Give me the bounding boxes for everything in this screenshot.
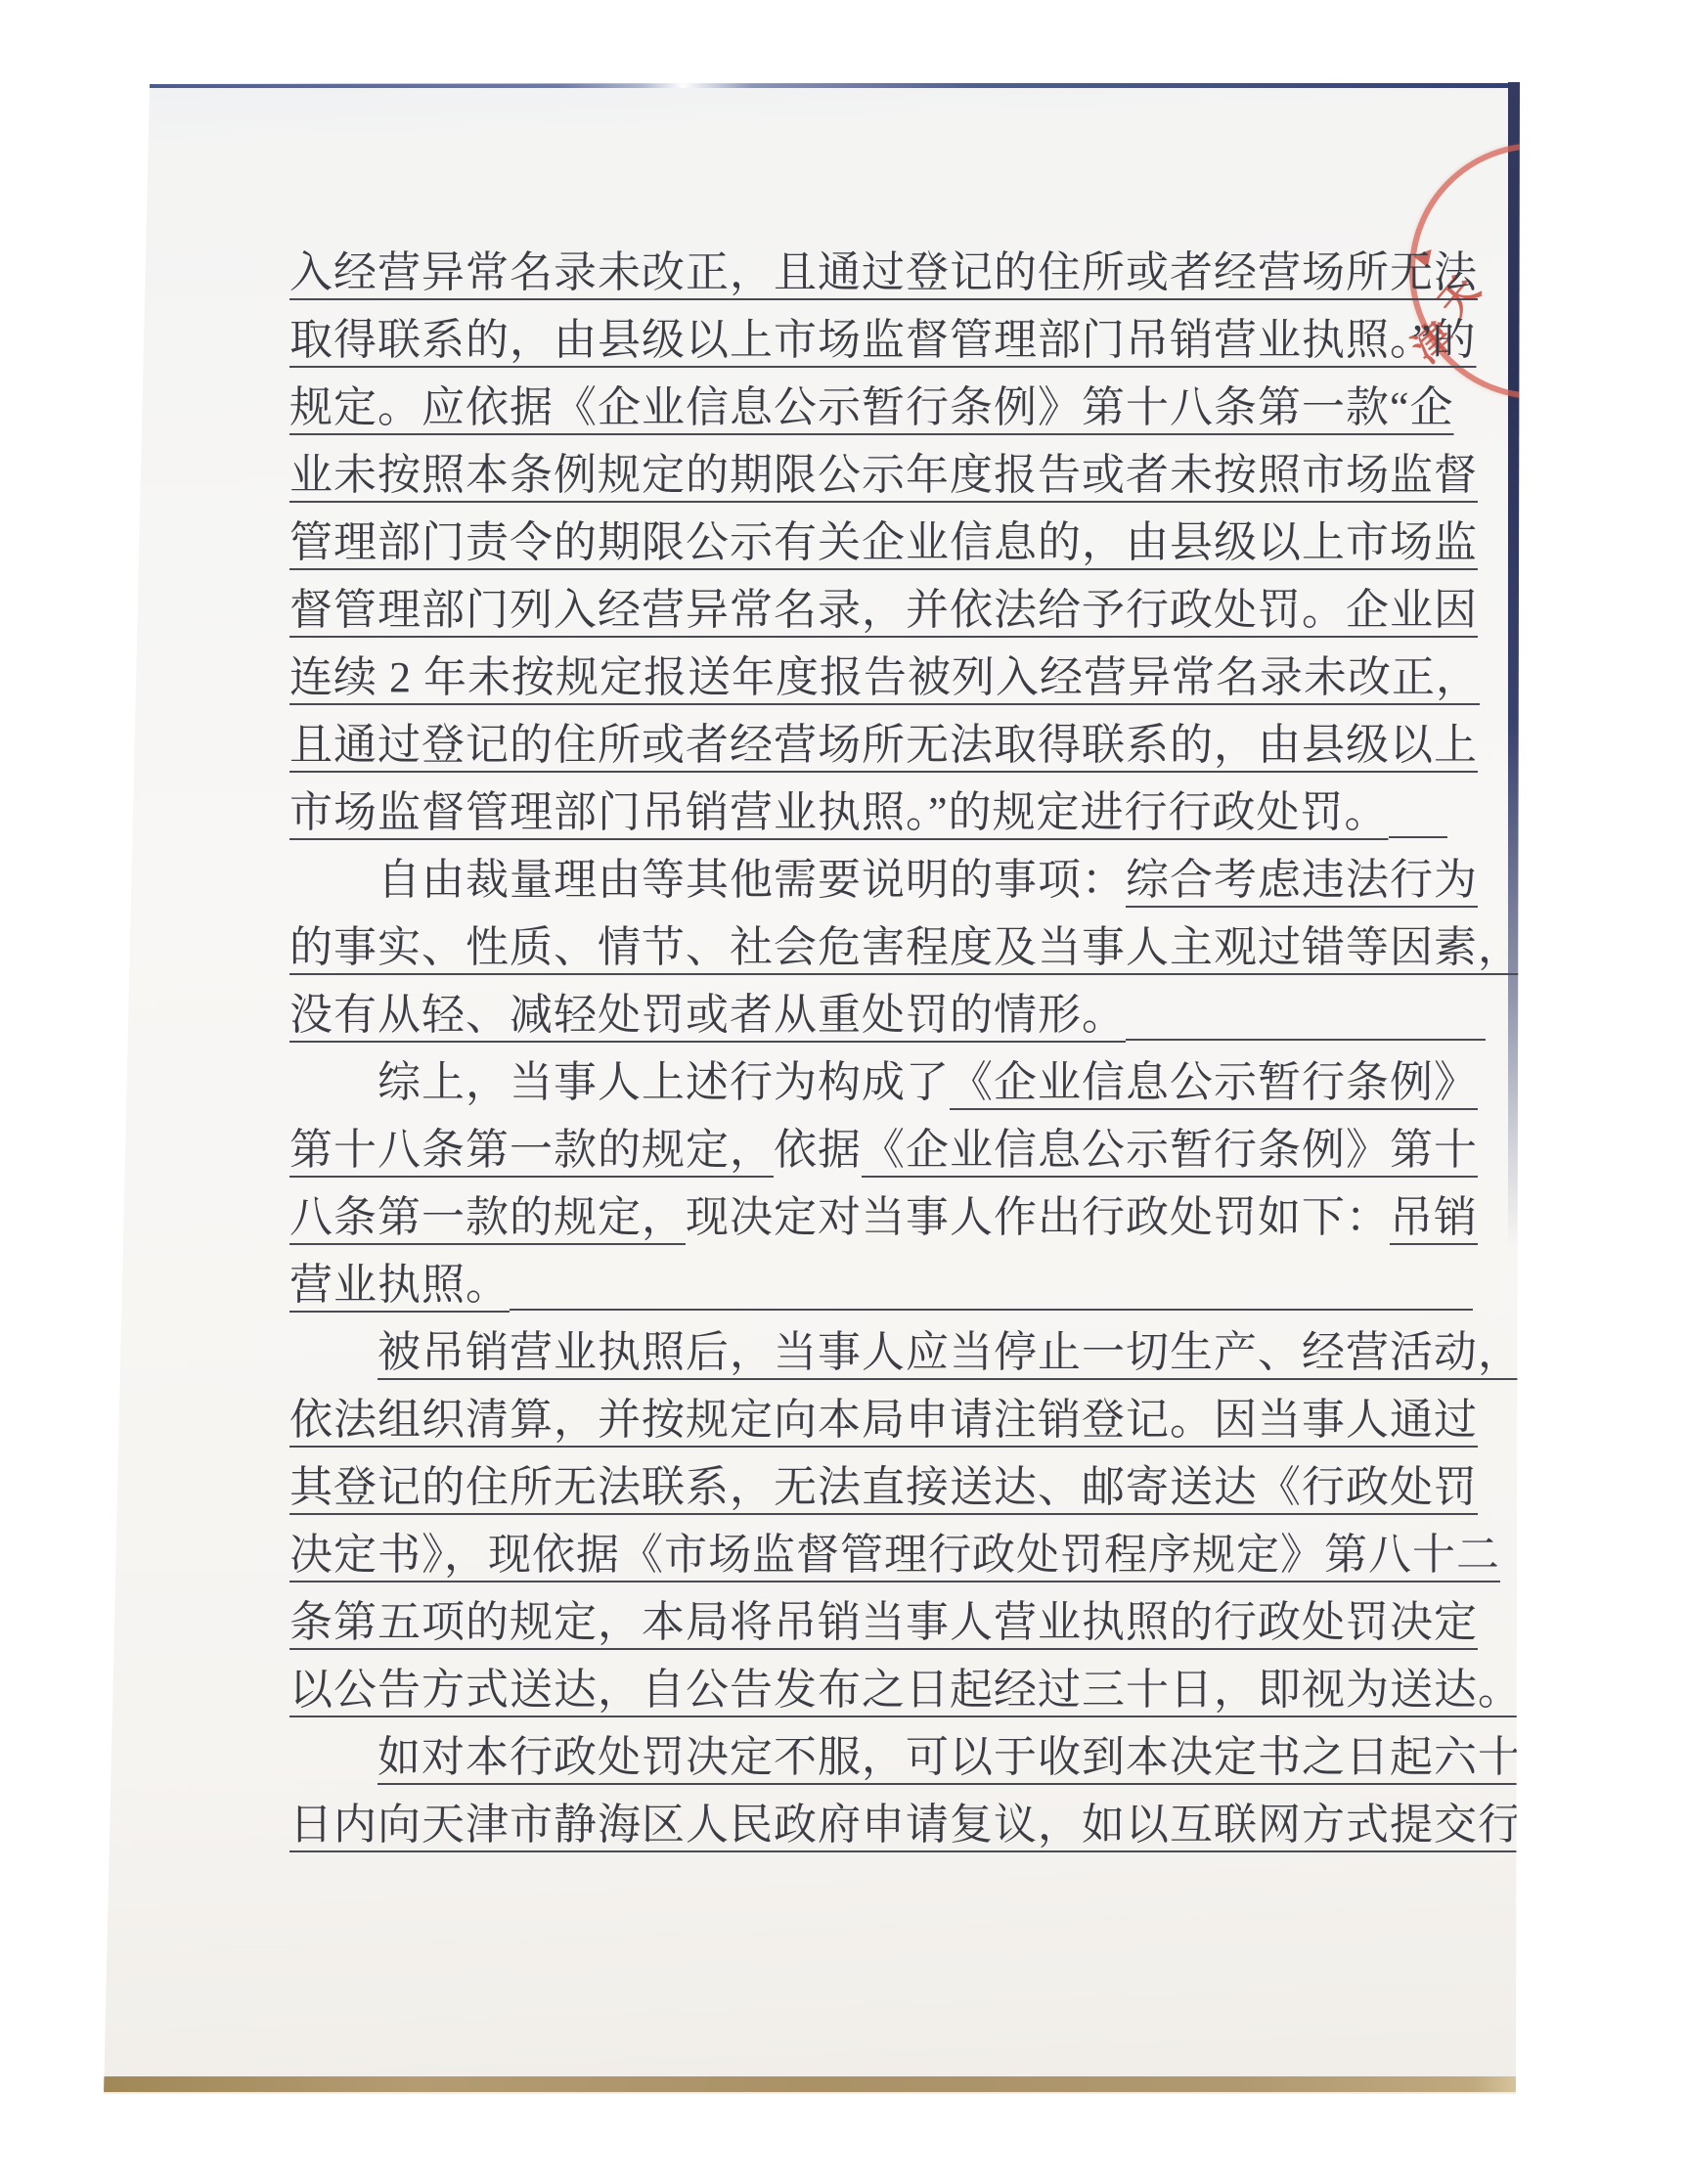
underlined-text: 的事实、性质、情节、社会危害程度及当事人主观过错等因素， — [289, 923, 1522, 971]
text-line: 自由裁量理由等其他需要说明的事项：综合考虑违法行为 — [289, 846, 1492, 914]
document-text: 入经营异常名录未改正，且通过登记的住所或者经营场所无法取得联系的，由县级以上市场… — [289, 239, 1492, 1858]
text-line: 规定。应依据《企业信息公示暂行条例》第十八条第一款“企 — [289, 374, 1492, 441]
text-line: 的事实、性质、情节、社会危害程度及当事人主观过错等因素， — [289, 914, 1492, 981]
underlined-text: 条第五项的规定，本局将吊销当事人营业执照的行政处罚决定 — [289, 1598, 1478, 1646]
plain-text: 综上，当事人上述行为构成了 — [378, 1058, 950, 1106]
plain-text: 依据 — [774, 1126, 862, 1174]
text-line: 取得联系的，由县级以上市场监督管理部门吊销营业执照。”的 — [289, 306, 1492, 374]
text-line: 决定书》，现依据《市场监督管理行政处罚程序规定》第八十二 — [289, 1521, 1492, 1588]
underlined-text: 管理部门责令的期限公示有关企业信息的，由县级以上市场监 — [289, 518, 1478, 566]
text-line: 其登记的住所无法联系，无法直接送达、邮寄送达《行政处罚 — [289, 1453, 1492, 1521]
text-line: 依法组织清算，并按规定向本局申请注销登记。因当事人通过 — [289, 1386, 1492, 1453]
text-line: 日内向天津市静海区人民政府申请复议，如以互联网方式提交行 — [289, 1791, 1492, 1858]
underlined-text: 《企业信息公示暂行条例》 — [950, 1058, 1478, 1106]
text-line: 业未按照本条例规定的期限公示年度报告或者未按照市场监督 — [289, 441, 1492, 509]
underline-extension — [1389, 836, 1447, 838]
page-top-edge — [147, 83, 1522, 88]
underlined-text: 决定书》，现依据《市场监督管理行政处罚程序规定》第八十二 — [289, 1531, 1500, 1579]
underlined-text: 第十八条第一款的规定， — [289, 1126, 774, 1174]
underlined-text: 以公告方式送达，自公告发布之日起经过三十日，即视为送达。 — [289, 1666, 1522, 1714]
text-line: 被吊销营业执照后，当事人应当停止一切生产、经营活动， — [289, 1318, 1492, 1386]
text-line: 连续 2 年未按规定报送年度报告被列入经营异常名录未改正， — [289, 644, 1492, 711]
text-line: 营业执照。 — [289, 1251, 1492, 1318]
page-bottom-edge — [104, 2076, 1516, 2092]
text-line: 没有从轻、减轻处罚或者从重处罚的情形。 — [289, 981, 1492, 1048]
text-line: 八条第一款的规定，现决定对当事人作出行政处罚如下：吊销 — [289, 1183, 1492, 1251]
plain-text: 现决定对当事人作出行政处罚如下： — [686, 1193, 1390, 1241]
text-line: 市场监督管理部门吊销营业执照。”的规定进行行政处罚。 — [289, 779, 1492, 846]
text-line: 入经营异常名录未改正，且通过登记的住所或者经营场所无法 — [289, 239, 1492, 306]
scanned-page: 天 津 入经营异常名录未改正，且通过登记的住所或者经营场所无法取得联系的，由县级… — [0, 0, 1688, 2184]
underlined-text: 连续 2 年未按规定报送年度报告被列入经营异常名录未改正， — [289, 653, 1480, 701]
underlined-text: 如对本行政处罚决定不服，可以于收到本决定书之日起六十 — [378, 1733, 1522, 1781]
underlined-text: 市场监督管理部门吊销营业执照。”的规定进行行政处罚。 — [289, 788, 1389, 836]
underlined-text: 依法组织清算，并按规定向本局申请注销登记。因当事人通过 — [289, 1396, 1478, 1444]
underline-extension — [510, 1309, 1473, 1311]
underlined-text: 日内向天津市静海区人民政府申请复议，如以互联网方式提交行 — [289, 1801, 1522, 1849]
text-line: 且通过登记的住所或者经营场所无法取得联系的，由县级以上 — [289, 711, 1492, 779]
underline-extension — [1126, 1039, 1486, 1041]
underlined-text: 营业执照。 — [289, 1261, 510, 1309]
plain-text: 自由裁量理由等其他需要说明的事项： — [378, 856, 1126, 904]
underlined-text: 《企业信息公示暂行条例》第十 — [862, 1126, 1478, 1174]
underlined-text: 综合考虑违法行为 — [1126, 856, 1478, 904]
underlined-text: 被吊销营业执照后，当事人应当停止一切生产、经营活动， — [378, 1328, 1522, 1376]
underlined-text: 业未按照本条例规定的期限公示年度报告或者未按照市场监督 — [289, 451, 1478, 499]
text-line: 综上，当事人上述行为构成了《企业信息公示暂行条例》 — [289, 1048, 1492, 1116]
underlined-text: 没有从轻、减轻处罚或者从重处罚的情形。 — [289, 991, 1126, 1039]
text-line: 管理部门责令的期限公示有关企业信息的，由县级以上市场监 — [289, 509, 1492, 576]
underlined-text: 取得联系的，由县级以上市场监督管理部门吊销营业执照。”的 — [289, 316, 1477, 364]
text-line: 督管理部门列入经营异常名录，并依法给予行政处罚。企业因 — [289, 576, 1492, 644]
text-line: 第十八条第一款的规定，依据《企业信息公示暂行条例》第十 — [289, 1116, 1492, 1183]
text-line: 如对本行政处罚决定不服，可以于收到本决定书之日起六十 — [289, 1723, 1492, 1791]
text-line: 条第五项的规定，本局将吊销当事人营业执照的行政处罚决定 — [289, 1588, 1492, 1656]
underlined-text: 其登记的住所无法联系，无法直接送达、邮寄送达《行政处罚 — [289, 1463, 1478, 1511]
underlined-text: 八条第一款的规定， — [289, 1193, 686, 1241]
underlined-text: 吊销 — [1390, 1193, 1478, 1241]
text-line: 以公告方式送达，自公告发布之日起经过三十日，即视为送达。 — [289, 1656, 1492, 1723]
underlined-text: 督管理部门列入经营异常名录，并依法给予行政处罚。企业因 — [289, 586, 1478, 634]
underlined-text: 且通过登记的住所或者经营场所无法取得联系的，由县级以上 — [289, 721, 1478, 769]
underlined-text: 入经营异常名录未改正，且通过登记的住所或者经营场所无法 — [289, 248, 1478, 296]
underlined-text: 规定。应依据《企业信息公示暂行条例》第十八条第一款“企 — [289, 383, 1454, 431]
